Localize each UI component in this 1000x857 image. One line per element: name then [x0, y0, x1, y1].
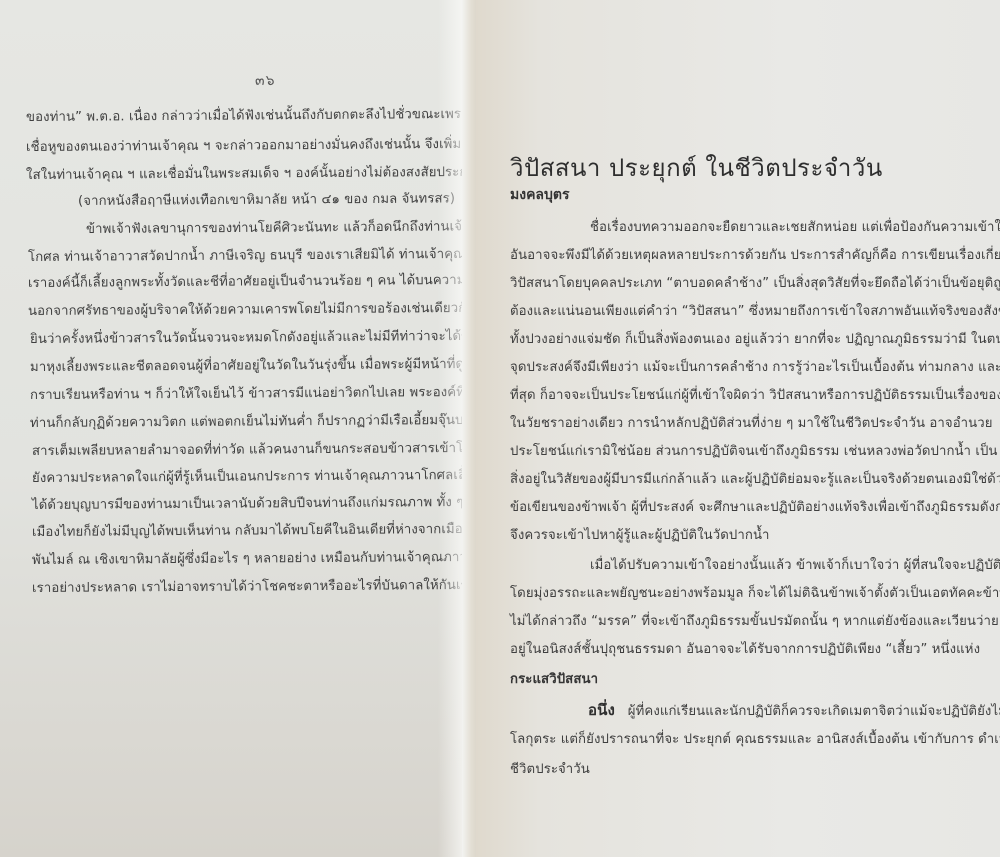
text-line: ชื่อเรื่องบทความออกจะยืดยาวและเชยสักหน่อ… [590, 216, 1000, 237]
text-line: สิ่งอยู่ในวิสัยของผู้มีบารมีแก่กล้าแล้ว … [510, 468, 1000, 489]
text-line: โกศล ท่านเจ้าอาวาสวัดปากน้ำ ภาษีเจริญ ธน… [28, 243, 466, 267]
text-line: อยู่ในอนิสงส์ชั้นปุถุชนธรรมดา อันอาจจะได… [510, 638, 980, 659]
text-line: พันไมล์ ณ เชิงเขาหิมาลัยผู้ซึ่งมีอะไร ๆ … [32, 545, 468, 570]
text-line: ประโยชน์แก่เรามิใช่น้อย ส่วนการปฏิบัติจน… [510, 440, 998, 461]
text-line: ต้องและแน่นอนเพียงแต่คำว่า “วิปัสสนา” ซึ… [510, 300, 1000, 321]
text-line: ทั้งปวงอย่างแจ่มชัด ก็เป็นสิ่งพ้องตนเอง … [510, 328, 1000, 349]
section-heading: กระแสวิปัสสนา [510, 668, 598, 689]
citation-line: (จากหนังสือฤาษีแห่งเทือกเขาหิมาลัย หน้า … [78, 187, 455, 211]
text-line: เมื่อได้ปรับความเข้าใจอย่างนั้นแล้ว ข้าพ… [590, 554, 1000, 575]
text-line: ยังความประหลาดใจแก่ผู้ที่รู้เห็นเป็นเอนก… [32, 464, 468, 488]
text-line: ใสในท่านเจ้าคุณ ฯ และเชื่อมั่นในพระสมเด็… [26, 161, 468, 185]
article-title: วิปัสสนา ประยุกต์ ในชีวิตประจำวัน [510, 148, 883, 187]
page-number: ๓๖ [255, 70, 275, 92]
text-line: เมืองไทยก็ยังไม่มีบุญได้พบเห็นท่าน กลับม… [32, 518, 468, 542]
text-line: สารเต็มเพลียบหลายลำมาจอดที่ท่าวัด แล้วคน… [32, 436, 468, 461]
open-book-spread: ๓๖ ของท่าน” พ.ต.อ. เนื่อง กล่าวว่าเมื่อไ… [0, 0, 1000, 857]
text-line: นอกจากศรัทธาของผู้บริจาคให้ด้วยความเคารพ… [28, 297, 468, 321]
text-line: ในวัยชราอย่างเดียว การนำหลักปฏิบัติส่วนท… [510, 412, 993, 433]
text-line: วิปัสสนาโดยบุคคลประเภท “ตาบอดคลำช้าง” เป… [510, 272, 1000, 293]
text-line: จุดประสงค์จึงมีเพียงว่า แม้จะเป็นการคลำช… [510, 356, 1000, 377]
article-author: มงคลบุตร [510, 184, 570, 206]
text-line: โลกุตระ แต่ก็ยังปรารถนาที่จะ ประยุกต์ คุ… [510, 728, 1000, 749]
text-line: กราบเรียนหรือท่าน ฯ ก็ว่าให้ใจเย็นไว้ ข้… [30, 381, 468, 405]
text-line: ยินว่าครั้งหนึ่งข้าวสารในวัดนั้นจวนจะหมด… [30, 324, 468, 349]
text-span: ผู้ที่คงแก่เรียนและนักปฏิบัติก็ควรจะเกิด… [628, 704, 1000, 719]
text-line: ไม่ได้กล่าวถึง “มรรค” ที่จะเข้าถึงภูมิธร… [510, 610, 999, 631]
text-line: เชื่อหูของตนเองว่าท่านเจ้าคุณ ฯ จะกล่าวอ… [26, 133, 468, 157]
text-line: ท่านก็กลับกุฏิด้วยความวิตก แต่พอตกเย็นไม… [30, 409, 468, 433]
text-line: อนึ่ง ผู้ที่คงแก่เรียนและนักปฏิบัติก็ควร… [588, 698, 1000, 722]
text-line: ข้อเขียนของข้าพเจ้า ผู้ที่ประสงค์ จะศึกษ… [510, 496, 1000, 517]
right-page: วิปัสสนา ประยุกต์ ในชีวิตประจำวัน มงคลบุ… [476, 0, 1000, 857]
text-line: เราองค์นี้ก็เลี้ยงลูกพระทั้งวัดและชีที่อ… [28, 269, 468, 293]
text-line: มาหุงเลี้ยงพระและชีตลอดจนผู้ที่อาศัยอยู่… [30, 353, 468, 377]
text-line: จึงควรจะเข้าไปหาผู้รู้และผู้ปฏิบัติในวัด… [510, 524, 769, 545]
text-line: ได้ด้วยบุญบารมีของท่านมาเป็นเวลานับด้วยส… [32, 491, 468, 515]
text-line: ชีวิตประจำวัน [510, 758, 590, 779]
bold-lead-word: อนึ่ง [588, 701, 615, 719]
text-line: ข้าพเจ้าฟังเลขานุการของท่านโยคีศิวะนันทะ… [86, 215, 468, 239]
text-line: อันอาจจะพึงมีได้ด้วยเหตุผลหลายประการด้วย… [510, 244, 1000, 265]
left-page: ๓๖ ของท่าน” พ.ต.อ. เนื่อง กล่าวว่าเมื่อไ… [0, 0, 468, 857]
text-line: ของท่าน” พ.ต.อ. เนื่อง กล่าวว่าเมื่อได้ฟ… [26, 103, 468, 127]
text-line: ที่สุด ก็อาจจะเป็นประโยชน์แก่ผู้ที่เข้าใ… [510, 384, 1000, 405]
text-line: โดยมุ่งอรรถะและพยัญชนะอย่างพร้อมมูล ก็จะ… [510, 582, 1000, 603]
text-line: เราอย่างประหลาด เราไม่อาจทราบได้ว่าโชคชะ… [32, 574, 468, 598]
